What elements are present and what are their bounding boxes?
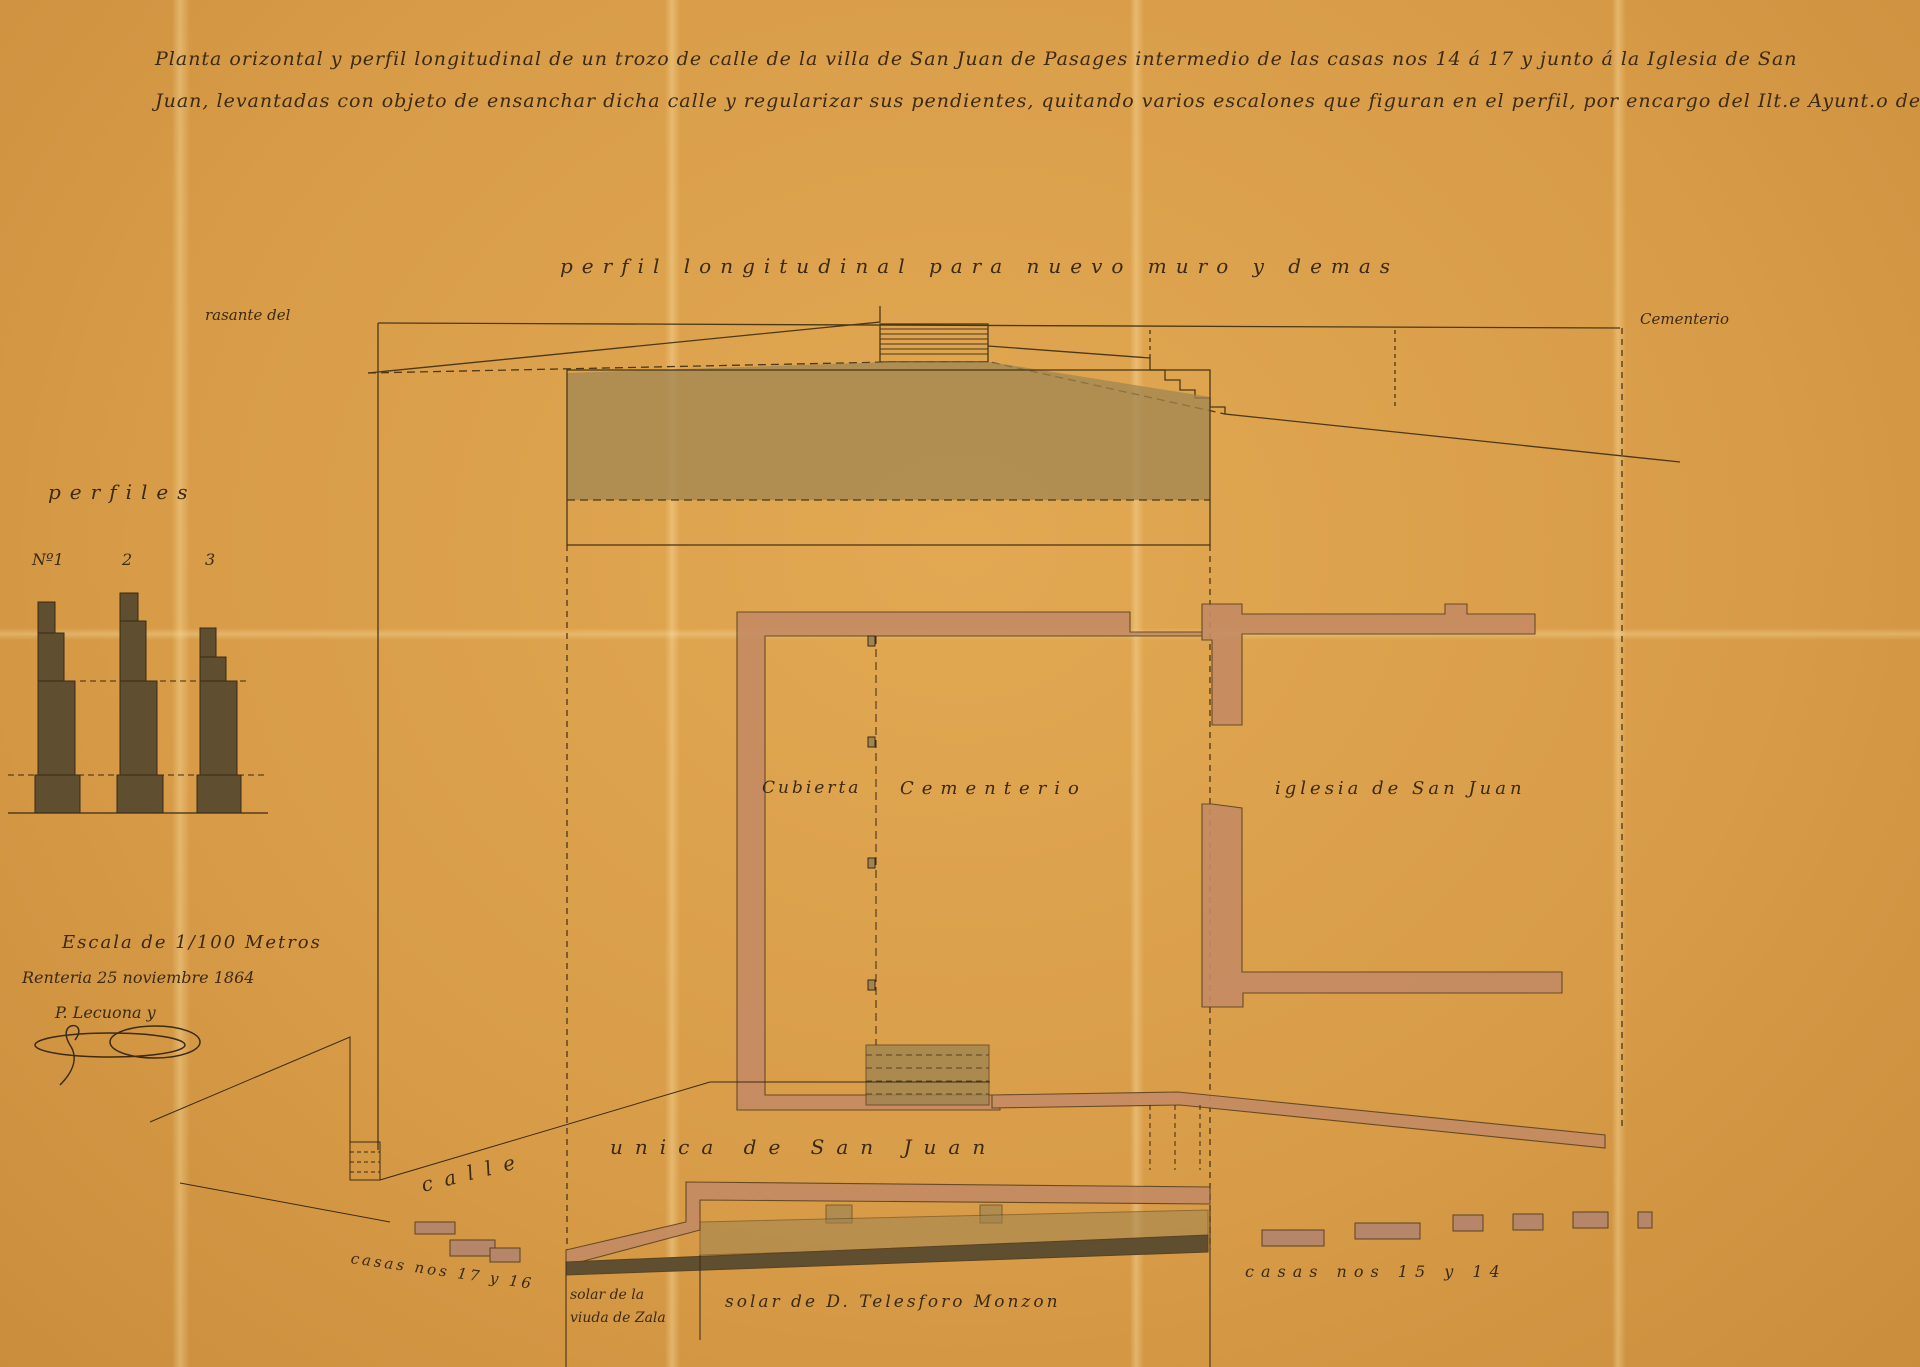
cemetery-wall	[737, 612, 1210, 1110]
label-street-2: unica de San Juan	[610, 1135, 997, 1159]
section-label-3: 3	[205, 550, 215, 569]
title-line-2: Juan, levantadas con objeto de ensanchar…	[155, 90, 1920, 112]
church-wall-south	[1202, 804, 1562, 1007]
profile-right-label: Cementerio	[1640, 310, 1729, 328]
section-label-2: 2	[122, 550, 132, 569]
title-line-1: Planta orizontal y perfil longitudinal d…	[155, 48, 1798, 70]
church-wall-north	[1202, 604, 1535, 725]
label-solar-viuda-1: solar de la	[570, 1287, 644, 1303]
profile-left-label: rasante del	[205, 306, 290, 324]
architectural-drawing	[0, 0, 1920, 1367]
sections-heading: perfiles	[48, 480, 197, 504]
profile-heading: perfil longitudinal para nuevo muro y de…	[560, 254, 1399, 278]
label-houses-right: casas nos 15 y 14	[1245, 1262, 1507, 1281]
scale-note: Escala de 1/100 Metros	[62, 932, 322, 953]
date-note: Renteria 25 noviembre 1864	[22, 968, 254, 987]
label-solar-monzon: solar de D. Telesforo Monzon	[725, 1292, 1061, 1312]
label-solar-viuda-2: viuda de Zala	[570, 1310, 666, 1326]
profile-top-line	[378, 323, 1620, 328]
label-iglesia: iglesia de San Juan	[1275, 778, 1526, 799]
label-cementerio: Cementerio	[900, 778, 1087, 799]
profile-fill	[567, 362, 1210, 500]
author-signature: P. Lecuona y	[55, 1003, 156, 1022]
street-wall	[992, 1092, 1605, 1148]
section-label-1: Nº1	[32, 550, 64, 569]
label-cubierta: Cubierta	[762, 778, 861, 798]
